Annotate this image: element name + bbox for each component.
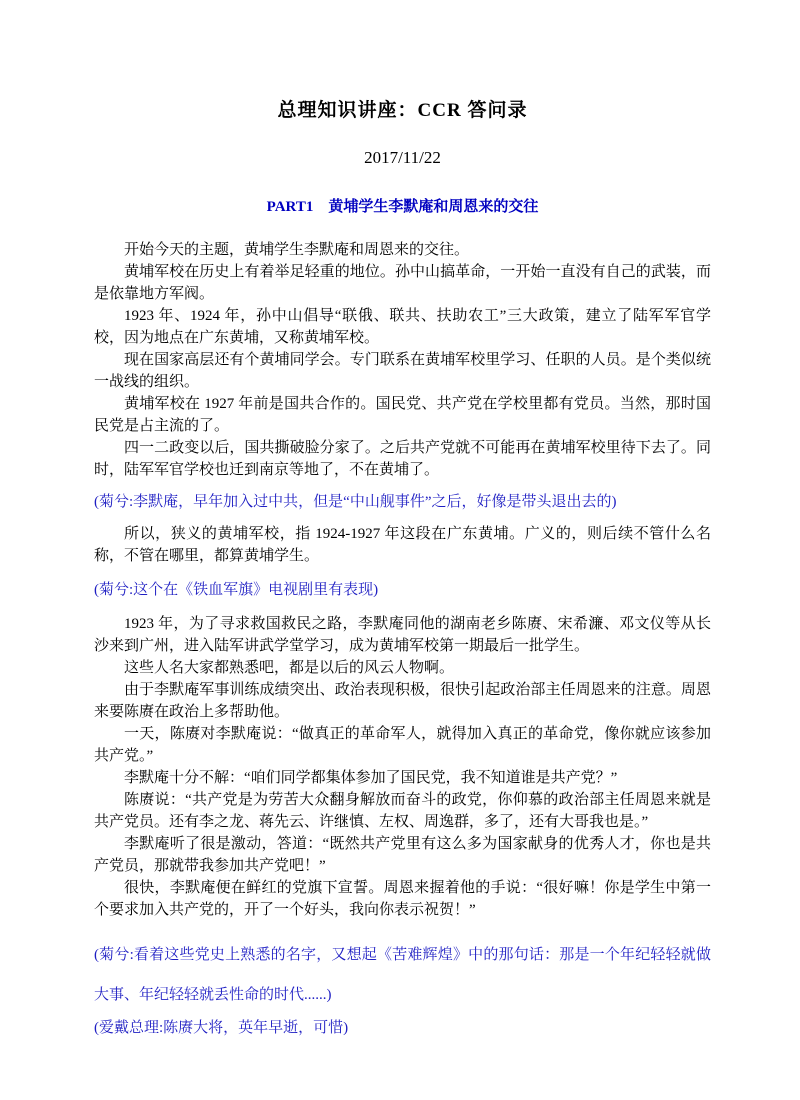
body-paragraph: 黄埔军校在历史上有着举足轻重的地位。孙中山搞革命，一开始一直没有自己的武装，而是… — [94, 261, 711, 305]
document-page: 总理知识讲座：CCR 答问录 2017/11/22 PART1 黄埔学生李默庵和… — [0, 0, 800, 1100]
annotation-paragraph: (菊兮:这个在《铁血军旗》电视剧里有表现) — [94, 579, 711, 601]
body-paragraph: 现在国家高层还有个黄埔同学会。专门联系在黄埔军校里学习、任职的人员。是个类似统一… — [94, 349, 711, 393]
body-paragraph: 所以，狭义的黄埔军校，指 1924-1927 年这段在广东黄埔。广义的，则后续不… — [94, 523, 711, 567]
body-paragraph: 很快，李默庵便在鲜红的党旗下宣誓。周恩来握着他的手说：“很好嘛！你是学生中第一个… — [94, 877, 711, 921]
body-paragraph: 黄埔军校在 1927 年前是国共合作的。国民党、共产党在学校里都有党员。当然，那… — [94, 393, 711, 437]
body-paragraph: 李默庵听了很是激动，答道：“既然共产党里有这么多为国家献身的优秀人才，你也是共产… — [94, 833, 711, 877]
body-paragraph: 开始今天的主题，黄埔学生李默庵和周恩来的交往。 — [94, 239, 711, 261]
body-paragraph: 李默庵十分不解：“咱们同学都集体参加了国民党，我不知道谁是共产党？” — [94, 767, 711, 789]
body-paragraph: 四一二政变以后，国共撕破脸分家了。之后共产党就不可能再在黄埔军校里待下去了。同时… — [94, 437, 711, 481]
body-paragraph: 由于李默庵军事训练成绩突出、政治表现积极，很快引起政治部主任周恩来的注意。周恩来… — [94, 679, 711, 723]
annotation-paragraph: (爱戴总理:陈赓大将，英年早逝，可惜) — [94, 1017, 711, 1039]
annotation-paragraph: (菊兮:李默庵，早年加入过中共，但是“中山舰事件”之后，好像是带头退出去的) — [94, 491, 711, 513]
body-paragraph: 1923 年、1924 年，孙中山倡导“联俄、联共、扶助农工”三大政策，建立了陆… — [94, 305, 711, 349]
document-content: 总理知识讲座：CCR 答问录 2017/11/22 PART1 黄埔学生李默庵和… — [94, 95, 711, 1039]
doc-date: 2017/11/22 — [94, 148, 711, 168]
body-paragraph: 陈赓说：“共产党是为劳苦大众翻身解放而奋斗的政党，你仰慕的政治部主任周恩来就是共… — [94, 789, 711, 833]
page-title: 总理知识讲座：CCR 答问录 — [94, 95, 711, 122]
body-paragraph: 一天，陈赓对李默庵说：“做真正的革命军人，就得加入真正的革命党，像你就应该参加共… — [94, 723, 711, 767]
annotation-paragraph: (菊兮:看着这些党史上熟悉的名字，又想起《苦难辉煌》中的那句话：那是一个年纪轻轻… — [94, 935, 711, 1015]
body-paragraph: 1923 年，为了寻求救国救民之路，李默庵同他的湖南老乡陈赓、宋希濂、邓文仪等从… — [94, 613, 711, 657]
section-heading-part1: PART1 黄埔学生李默庵和周恩来的交往 — [94, 195, 711, 216]
body-paragraph: 这些人名大家都熟悉吧，都是以后的风云人物啊。 — [94, 657, 711, 679]
